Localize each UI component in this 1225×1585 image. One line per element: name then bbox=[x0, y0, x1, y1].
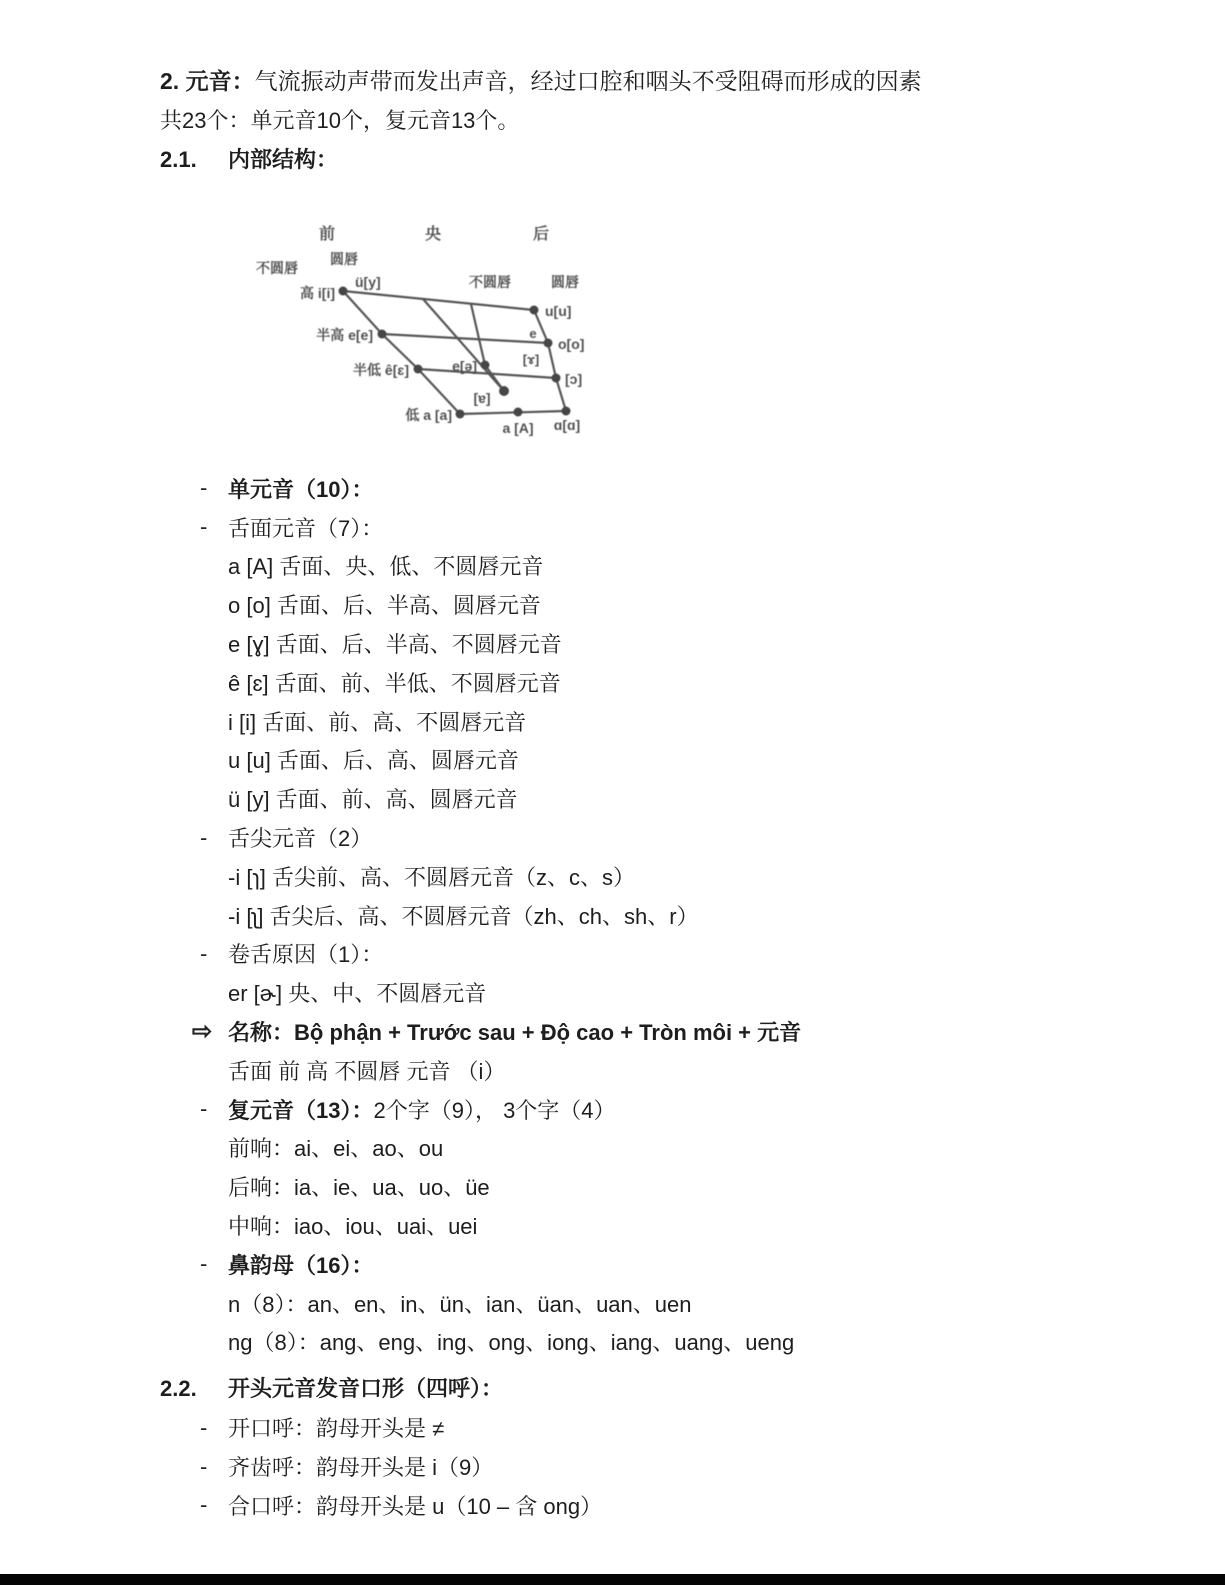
list-bullet: - bbox=[0, 825, 228, 851]
chart-left-edge bbox=[343, 291, 460, 414]
list-item: 中响：iao、iou、uai、uei bbox=[0, 1206, 1225, 1245]
list-item: -鼻韵母（16）： bbox=[0, 1245, 1225, 1284]
chart-central-line-1 bbox=[423, 299, 504, 391]
dot-a-back bbox=[562, 407, 571, 416]
section-2-2-number: 2.2. bbox=[160, 1369, 228, 1408]
vowel-chart-figure: 前 央 后 不圆唇 圆唇 不圆唇 圆唇 高 i[i] ü[y] u[u] 半高 … bbox=[205, 209, 665, 449]
list-bullet: - bbox=[0, 514, 228, 540]
dot-o bbox=[544, 339, 553, 348]
list-bullet: - bbox=[0, 1454, 228, 1480]
list-item: -i [ɿ] 舌尖前、高、不圆唇元音（z、c、s） bbox=[0, 857, 1225, 896]
list-item: e [ɣ] 舌面、后、半高、不圆唇元音 bbox=[0, 624, 1225, 663]
chart-label-semi-high-e: 半高 e[e] bbox=[316, 327, 373, 343]
subheading-counts: 共23个：单元音10个，复元音13个。 bbox=[0, 101, 1225, 140]
vowel-chart: 前 央 后 不圆唇 圆唇 不圆唇 圆唇 高 i[i] ü[y] u[u] 半高 … bbox=[205, 209, 665, 449]
list-item-text: o [o] 舌面、后、半高、圆唇元音 bbox=[228, 593, 541, 618]
chart-bottom-edge bbox=[460, 411, 566, 414]
list-item: -复元音（13）：2个字（9）， 3个字（4） bbox=[0, 1090, 1225, 1129]
chart-label-rounded-left: 圆唇 bbox=[330, 251, 358, 267]
list-item-text: n（8）：an、en、in、ün、ian、üan、uan、uen bbox=[228, 1292, 691, 1317]
chart-label-o: o[o] bbox=[558, 336, 584, 352]
list-item-bold: 名称：Bộ phận + Trước sau + Độ cao + Tròn m… bbox=[228, 1020, 801, 1045]
list-item: -齐齿呼：韵母开头是 i（9） bbox=[0, 1447, 1225, 1486]
document-page: 2. 元音：气流振动声带而发出声音，经过口腔和咽头不受阻碍而形成的因素 共23个… bbox=[0, 0, 1225, 1585]
dot-turned-a bbox=[499, 386, 509, 396]
sihu-list: -开口呼：韵母开头是 ≠ -齐齿呼：韵母开头是 i（9） -合口呼：韵母开头是 … bbox=[0, 1408, 1225, 1524]
chart-mid-line-1 bbox=[382, 334, 548, 343]
list-item: i [i] 舌面、前、高、不圆唇元音 bbox=[0, 702, 1225, 741]
dot-open-o bbox=[552, 374, 561, 383]
list-item: ng（8）：ang、eng、ing、ong、iong、iang、uang、uen… bbox=[0, 1323, 1225, 1362]
list-item: 前响：ai、ei、ao、ou bbox=[0, 1129, 1225, 1168]
chart-top-edge bbox=[343, 291, 534, 310]
list-item: er [ɚ] 央、中、不圆唇元音 bbox=[0, 973, 1225, 1012]
list-item-name-rule: ⇨名称：Bộ phận + Trước sau + Độ cao + Tròn … bbox=[0, 1012, 1225, 1051]
chart-label-a-mid: a [A] bbox=[502, 420, 533, 436]
list-item-text: -i [ʅ] 舌尖后、高、不圆唇元音（zh、ch、sh、r） bbox=[228, 904, 699, 929]
dot-eh bbox=[414, 365, 423, 374]
section-2-2-title: 开头元音发音口形（四呼）： bbox=[228, 1369, 503, 1408]
chart-label-unrounded-right: 不圆唇 bbox=[469, 274, 511, 290]
list-item-bold: 复元音（13）： bbox=[228, 1098, 373, 1123]
list-bullet: - bbox=[0, 475, 228, 501]
chart-label-low-a: 低 a [a] bbox=[405, 407, 452, 423]
chart-label-u: u[u] bbox=[545, 303, 571, 319]
list-item-text: i [i] 舌面、前、高、不圆唇元音 bbox=[228, 710, 526, 735]
list-item-text: 前响：ai、ei、ao、ou bbox=[228, 1136, 443, 1161]
list-bullet: - bbox=[0, 1251, 228, 1277]
chart-label-semi-low-e: 半低 ê[ɛ] bbox=[353, 362, 409, 378]
heading-rest: 气流振动声带而发出声音，经过口腔和咽头不受阻碍而形成的因素 bbox=[255, 68, 922, 94]
chart-label-e-back: e bbox=[529, 326, 536, 341]
list-item: -单元音（10）： bbox=[0, 469, 1225, 508]
list-item-text: 2个字（9）， 3个字（4） bbox=[373, 1098, 615, 1123]
list-item: ê [ɛ] 舌面、前、半低、不圆唇元音 bbox=[0, 663, 1225, 702]
list-item: -合口呼：韵母开头是 u（10 – 含 ong） bbox=[0, 1486, 1225, 1525]
chart-label-a-back: ɑ[ɑ] bbox=[554, 417, 580, 433]
list-item: -舌尖元音（2） bbox=[0, 818, 1225, 857]
dot-schwa bbox=[481, 361, 490, 370]
list-item-text: 舌尖元音（2） bbox=[228, 826, 372, 851]
list-item-text: 中响：iao、iou、uai、uei bbox=[228, 1214, 477, 1239]
list-item: 舌面 前 高 不圆唇 元音 （i） bbox=[0, 1051, 1225, 1090]
section-2-1: 2.1. 内部结构： bbox=[0, 140, 1225, 179]
chart-label-central: 央 bbox=[425, 225, 441, 243]
chart-central-line-2 bbox=[471, 304, 504, 391]
list-item: 后响：ia、ie、ua、uo、üe bbox=[0, 1167, 1225, 1206]
arrow-icon: ⇨ bbox=[0, 1017, 228, 1046]
chart-label-unrounded-left: 不圆唇 bbox=[256, 260, 298, 276]
chart-label-e-back-ipa: [ɤ] bbox=[523, 352, 539, 367]
list-item-text: 合口呼：韵母开头是 u（10 – 含 ong） bbox=[228, 1490, 602, 1521]
dot-e bbox=[378, 330, 387, 339]
list-item: -i [ʅ] 舌尖后、高、不圆唇元音（zh、ch、sh、r） bbox=[0, 896, 1225, 935]
list-item-text: -i [ɿ] 舌尖前、高、不圆唇元音（z、c、s） bbox=[228, 865, 635, 890]
list-item-text: ê [ɛ] 舌面、前、半低、不圆唇元音 bbox=[228, 671, 561, 696]
list-item: -开口呼：韵母开头是 ≠ bbox=[0, 1408, 1225, 1447]
list-bullet: - bbox=[0, 1096, 228, 1122]
heading-bold-part: 2. 元音： bbox=[160, 68, 255, 94]
list-item-text: 舌面元音（7）： bbox=[228, 516, 383, 541]
chart-label-y: ü[y] bbox=[355, 274, 381, 290]
dot-i bbox=[339, 287, 348, 296]
chart-label-turned-a: [ɐ] bbox=[473, 390, 490, 406]
chart-label-open-o: [ɔ] bbox=[565, 371, 582, 387]
list-item: a [A] 舌面、央、低、不圆唇元音 bbox=[0, 547, 1225, 586]
section-2-2: 2.2. 开头元音发音口形（四呼）： bbox=[0, 1369, 1225, 1408]
heading-2-yuanyin: 2. 元音：气流振动声带而发出声音，经过口腔和咽头不受阻碍而形成的因素 bbox=[0, 0, 1225, 101]
list-item-bold: 鼻韵母（16）： bbox=[228, 1253, 373, 1278]
list-item-text: ng（8）：ang、eng、ing、ong、iong、iang、uang、uen… bbox=[228, 1330, 794, 1355]
list-item: o [o] 舌面、后、半高、圆唇元音 bbox=[0, 585, 1225, 624]
list-item-text: a [A] 舌面、央、低、不圆唇元音 bbox=[228, 554, 543, 579]
dot-u bbox=[530, 306, 539, 315]
chart-label-rounded-right: 圆唇 bbox=[551, 274, 579, 290]
chart-label-front: 前 bbox=[319, 224, 335, 243]
list-item: -卷舌原因（1）： bbox=[0, 935, 1225, 974]
section-2-1-title: 内部结构： bbox=[228, 140, 338, 179]
dot-a-mid bbox=[514, 408, 523, 417]
list-bullet: - bbox=[0, 1492, 228, 1518]
list-item: n（8）：an、en、in、ün、ian、üan、uan、uen bbox=[0, 1284, 1225, 1323]
list-item: u [u] 舌面、后、高、圆唇元音 bbox=[0, 741, 1225, 780]
vowel-list: -单元音（10）： -舌面元音（7）： a [A] 舌面、央、低、不圆唇元音 o… bbox=[0, 469, 1225, 1361]
list-item-text: er [ɚ] 央、中、不圆唇元音 bbox=[228, 981, 486, 1006]
section-2-1-number: 2.1. bbox=[160, 140, 228, 179]
page-bottom-divider bbox=[0, 1574, 1225, 1585]
chart-label-back: 后 bbox=[533, 224, 549, 243]
list-item-bold: 单元音（10）： bbox=[228, 477, 373, 502]
list-item: ü [y] 舌面、前、高、圆唇元音 bbox=[0, 779, 1225, 818]
list-item-text: 卷舌原因（1）： bbox=[228, 942, 383, 967]
list-item-text: 开口呼：韵母开头是 ≠ bbox=[228, 1412, 444, 1443]
list-item-text: u [u] 舌面、后、高、圆唇元音 bbox=[228, 748, 519, 773]
list-item-text: 舌面 前 高 不圆唇 元音 （i） bbox=[228, 1059, 505, 1084]
list-bullet: - bbox=[0, 941, 228, 967]
chart-label-schwa: e[ə] bbox=[452, 358, 477, 374]
list-item: -舌面元音（7）： bbox=[0, 508, 1225, 547]
list-item-text: e [ɣ] 舌面、后、半高、不圆唇元音 bbox=[228, 632, 562, 657]
list-item-text: ü [y] 舌面、前、高、圆唇元音 bbox=[228, 787, 518, 812]
dot-a-front bbox=[456, 410, 465, 419]
list-bullet: - bbox=[0, 1415, 228, 1441]
chart-label-high-i: 高 i[i] bbox=[300, 285, 335, 301]
list-item-text: 后响：ia、ie、ua、uo、üe bbox=[228, 1175, 490, 1200]
list-item-text: 齐齿呼：韵母开头是 i（9） bbox=[228, 1451, 493, 1482]
